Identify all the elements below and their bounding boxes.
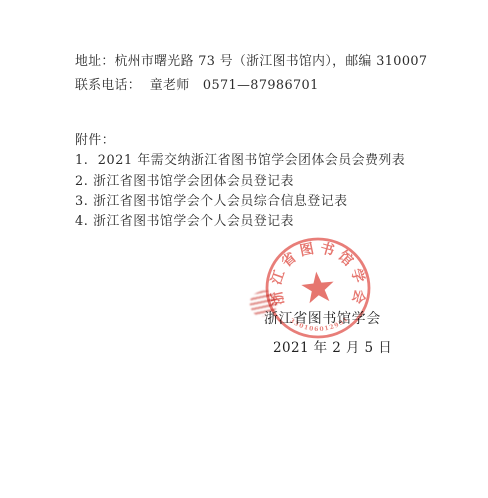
attachment-item-3: 3. 浙江省图书馆学会个人会员综合信息登记表: [75, 192, 405, 212]
attachment-item-1: 1. 2021 年需交纳浙江省图书馆学会团体会员会费列表: [75, 151, 405, 171]
address-line: 地址：杭州市曙光路 73 号（浙江图书馆内），邮编 310007: [75, 50, 427, 74]
seal-arc-text: 浙江省图书馆学会: [267, 239, 369, 310]
seal-star-icon: [300, 270, 335, 304]
contact-block: 地址：杭州市曙光路 73 号（浙江图书馆内），邮编 310007 联系电话： 童…: [75, 50, 427, 98]
official-seal: 浙江省图书馆学会 3301060129312: [258, 230, 378, 346]
attachments-block: 附件： 1. 2021 年需交纳浙江省图书馆学会团体会员会费列表 2. 浙江省图…: [75, 131, 405, 232]
document-page: 地址：杭州市曙光路 73 号（浙江图书馆内），邮编 310007 联系电话： 童…: [0, 0, 488, 498]
attachments-heading: 附件：: [75, 131, 405, 151]
phone-line: 联系电话： 童老师 0571—87986701: [75, 74, 427, 98]
attachment-item-2: 2. 浙江省图书馆学会团体会员登记表: [75, 172, 405, 192]
